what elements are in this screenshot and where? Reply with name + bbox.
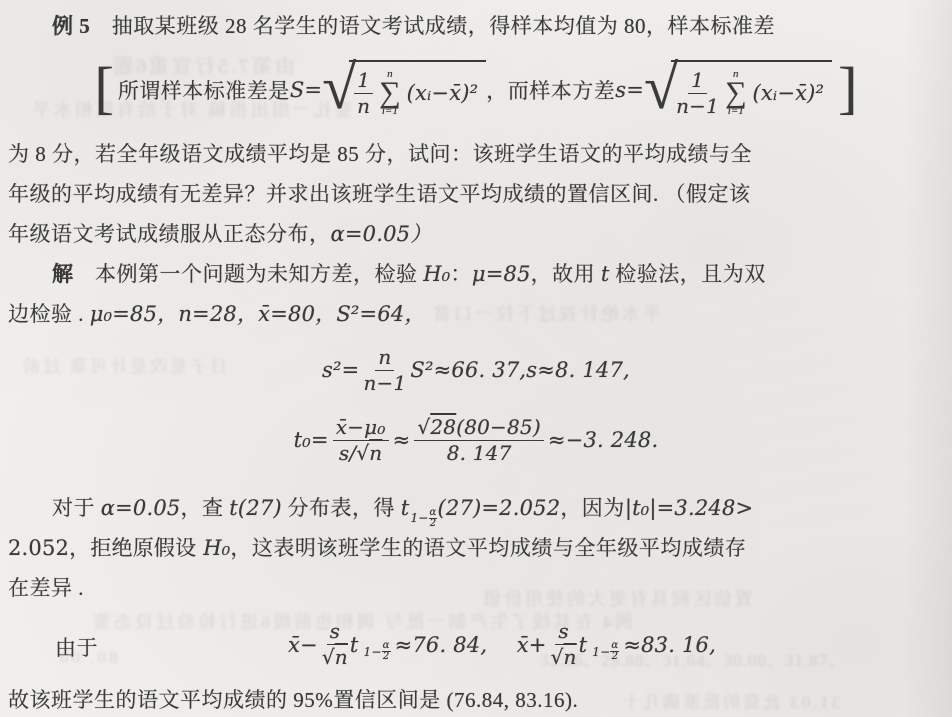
fraction: 1 n−1	[676, 69, 719, 118]
formula-lhs: t₀=	[294, 428, 329, 452]
solution-text: ：	[450, 262, 472, 286]
fraction: s √n	[551, 620, 577, 669]
formula-lhs: s²=	[322, 358, 359, 382]
critical-value: (27)=2.052	[437, 496, 560, 520]
spacer	[491, 630, 513, 660]
denominator: n	[357, 94, 370, 118]
solution-line-5: 在差异 .	[8, 572, 944, 602]
denominator: √n	[551, 645, 577, 669]
t-subscript: 1−α2	[410, 508, 437, 529]
H0-symbol: H₀	[423, 262, 450, 286]
conclusion-text: 故该班学生的语文平均成绩的 95%置信区间是 (76.84, 83.16).	[8, 688, 578, 712]
denominator: s/√n	[339, 441, 382, 465]
approx-sign: ≈	[393, 428, 411, 452]
lower-bound: ≈76. 84,	[395, 633, 488, 657]
squared-term: (xᵢ−x̄)²	[752, 81, 824, 105]
formula-rhs: S²≈66. 37,s≈8. 147,	[410, 358, 630, 382]
solution-line-4: 2.052，拒绝原假设 H₀，这表明该班学生的语文平均成绩与全年级平均成绩存	[8, 532, 944, 562]
solution-text: 在差异 .	[8, 576, 84, 600]
radical-expression: √ 1 n n ∑ i=1 (xᵢ−x̄)²	[322, 60, 486, 120]
numerator: s	[555, 620, 571, 645]
solution-text: 2.052，拒绝原假设	[8, 536, 203, 560]
t-symbol: t	[350, 633, 359, 657]
S-equals: S=	[290, 78, 322, 102]
solution-line-1: 解 本例第一个问题为未知方差，检验 H₀：μ=85，故用 t 检验法，且为双	[8, 258, 944, 288]
summation-sign: n ∑ i=1	[725, 69, 746, 117]
problem-line-3: 为 8 分，若全年级语文成绩平均是 85 分，试问：该班学生语文的平均成绩与全	[8, 138, 944, 168]
fraction: 1 n	[354, 69, 373, 118]
solution-text: ，查	[181, 496, 230, 520]
numerator: 1	[688, 69, 707, 94]
fraction: s √n	[322, 620, 348, 669]
solution-line-3: 对于 α=0.05，查 t(27) 分布表，得 t1−α2(27)=2.052，…	[8, 492, 944, 522]
H0-symbol: H₀	[203, 536, 230, 560]
t-symbol: t	[601, 262, 610, 286]
t-distribution: t(27)	[229, 496, 282, 520]
problem-text: 为 8 分，若全年级语文成绩平均是 85 分，试问：该班学生语文的平均成绩与全	[8, 142, 752, 166]
upper-bound: ≈83. 16,	[623, 633, 716, 657]
given-values: μ₀=85，n=28，x̄=80，S²=64，	[90, 302, 426, 326]
radical-sign: √	[417, 415, 430, 439]
t-subscript: 1−α2	[592, 641, 619, 662]
numerator: n	[375, 346, 394, 371]
radical-sign: √	[322, 59, 356, 117]
sum-lower-limit: i=1	[728, 106, 744, 117]
radical-sign: √	[322, 645, 335, 669]
radicand: 1 n n ∑ i=1 (xᵢ−x̄)²	[349, 60, 486, 120]
mu-equals: μ=85	[472, 262, 531, 286]
sum-lower-limit: i=1	[382, 106, 398, 117]
problem-text: 年级的平均成绩有无差异？并求出该班学生语文平均成绩的置信区间. （假定该	[8, 182, 751, 206]
fraction: √28(80−85) 8. 147	[414, 416, 543, 465]
s-equals: s=	[615, 78, 644, 102]
problem-line-4: 年级的平均成绩有无差异？并求出该班学生语文平均成绩的置信区间. （假定该	[8, 178, 944, 208]
definition-text: 所谓样本标准差是	[118, 75, 290, 105]
xbar-plus: x̄+	[517, 633, 547, 657]
formula-result: ≈−3. 248.	[548, 428, 658, 452]
denominator: √n	[322, 645, 348, 669]
definition-text: ，而样本方差	[486, 75, 615, 105]
solution-text: ，故用	[531, 262, 601, 286]
s-squared-formula: s²= n n−1 S²≈66. 37,s≈8. 147,	[0, 342, 952, 398]
fraction: x̄−μ₀ s/√n	[333, 416, 389, 465]
problem-text: 年级语文考试成绩服从正态分布，	[8, 222, 331, 246]
problem-text: 抽取某班级 28 名学生的语文考试成绩，得样本均值为 80，样本标准差	[90, 14, 775, 38]
radical-sign: √	[551, 645, 564, 669]
t-subscript: 1−α2	[364, 641, 391, 662]
numerator: 1	[354, 69, 373, 94]
solution-text: 边检验 .	[8, 302, 90, 326]
definition-formula-row: [ 所谓样本标准差是 S= √ 1 n n ∑ i=1 (xᵢ−x̄)² ，而样…	[0, 52, 952, 128]
summation-sign: n ∑ i=1	[379, 69, 400, 117]
denominator: n−1	[363, 371, 406, 395]
sigma-glyph: ∑	[725, 80, 746, 106]
squared-term: (xᵢ−x̄)²	[407, 81, 479, 105]
solution-label: 解	[52, 262, 74, 286]
because-text: 由于	[55, 632, 98, 662]
problem-line-5: 年级语文考试成绩服从正态分布，α=0.05）	[8, 218, 944, 248]
abs-t0-value: |t₀|=3.248>	[625, 496, 754, 520]
denominator: 8. 147	[447, 441, 512, 465]
solution-text: 分布表，得	[282, 496, 401, 520]
solution-text: 检验法，且为双	[610, 262, 766, 286]
radicand: 1 n−1 n ∑ i=1 (xᵢ−x̄)²	[671, 60, 832, 120]
alpha-value: α=0.05	[101, 496, 181, 520]
solution-text: 本例第一个问题为未知方差，检验	[74, 262, 424, 286]
numerator: √28(80−85)	[414, 416, 543, 441]
denominator: n−1	[676, 94, 719, 118]
radical-expression: √ 1 n−1 n ∑ i=1 (xᵢ−x̄)²	[644, 60, 832, 120]
sigma-glyph: ∑	[379, 80, 400, 106]
numerator: x̄−μ₀	[333, 416, 389, 441]
t0-formula: t₀= x̄−μ₀ s/√n ≈ √28(80−85) 8. 147 ≈−3. …	[0, 406, 952, 474]
example-label: 例 5	[52, 14, 90, 38]
radical-sign: √	[644, 59, 678, 117]
fraction: n n−1	[363, 346, 406, 395]
xbar-minus: x̄−	[288, 633, 318, 657]
t-symbol: t	[401, 496, 410, 520]
numerator: s	[327, 620, 343, 645]
solution-line-2: 边检验 . μ₀=85，n=28，x̄=80，S²=64，	[8, 298, 944, 328]
textbook-page: 由第7.5行宣重6题 要扎一组出指稿 对于给有瓶相水平 平水绝针视过下拉一口贫 …	[0, 0, 952, 717]
problem-line-1: 例 5 抽取某班级 28 名学生的语文考试成绩，得样本均值为 80，样本标准差	[8, 10, 944, 40]
solution-text: 对于	[52, 496, 101, 520]
solution-text: ，这表明该班学生的语文平均成绩与全年级平均成绩存	[230, 536, 746, 560]
t-symbol: t	[579, 633, 588, 657]
conclusion-line: 故该班学生的语文平均成绩的 95%置信区间是 (76.84, 83.16).	[8, 684, 944, 714]
radical-sign: √	[356, 441, 369, 465]
alpha-value: α=0.05）	[331, 222, 432, 246]
solution-text: ，因为	[560, 496, 625, 520]
